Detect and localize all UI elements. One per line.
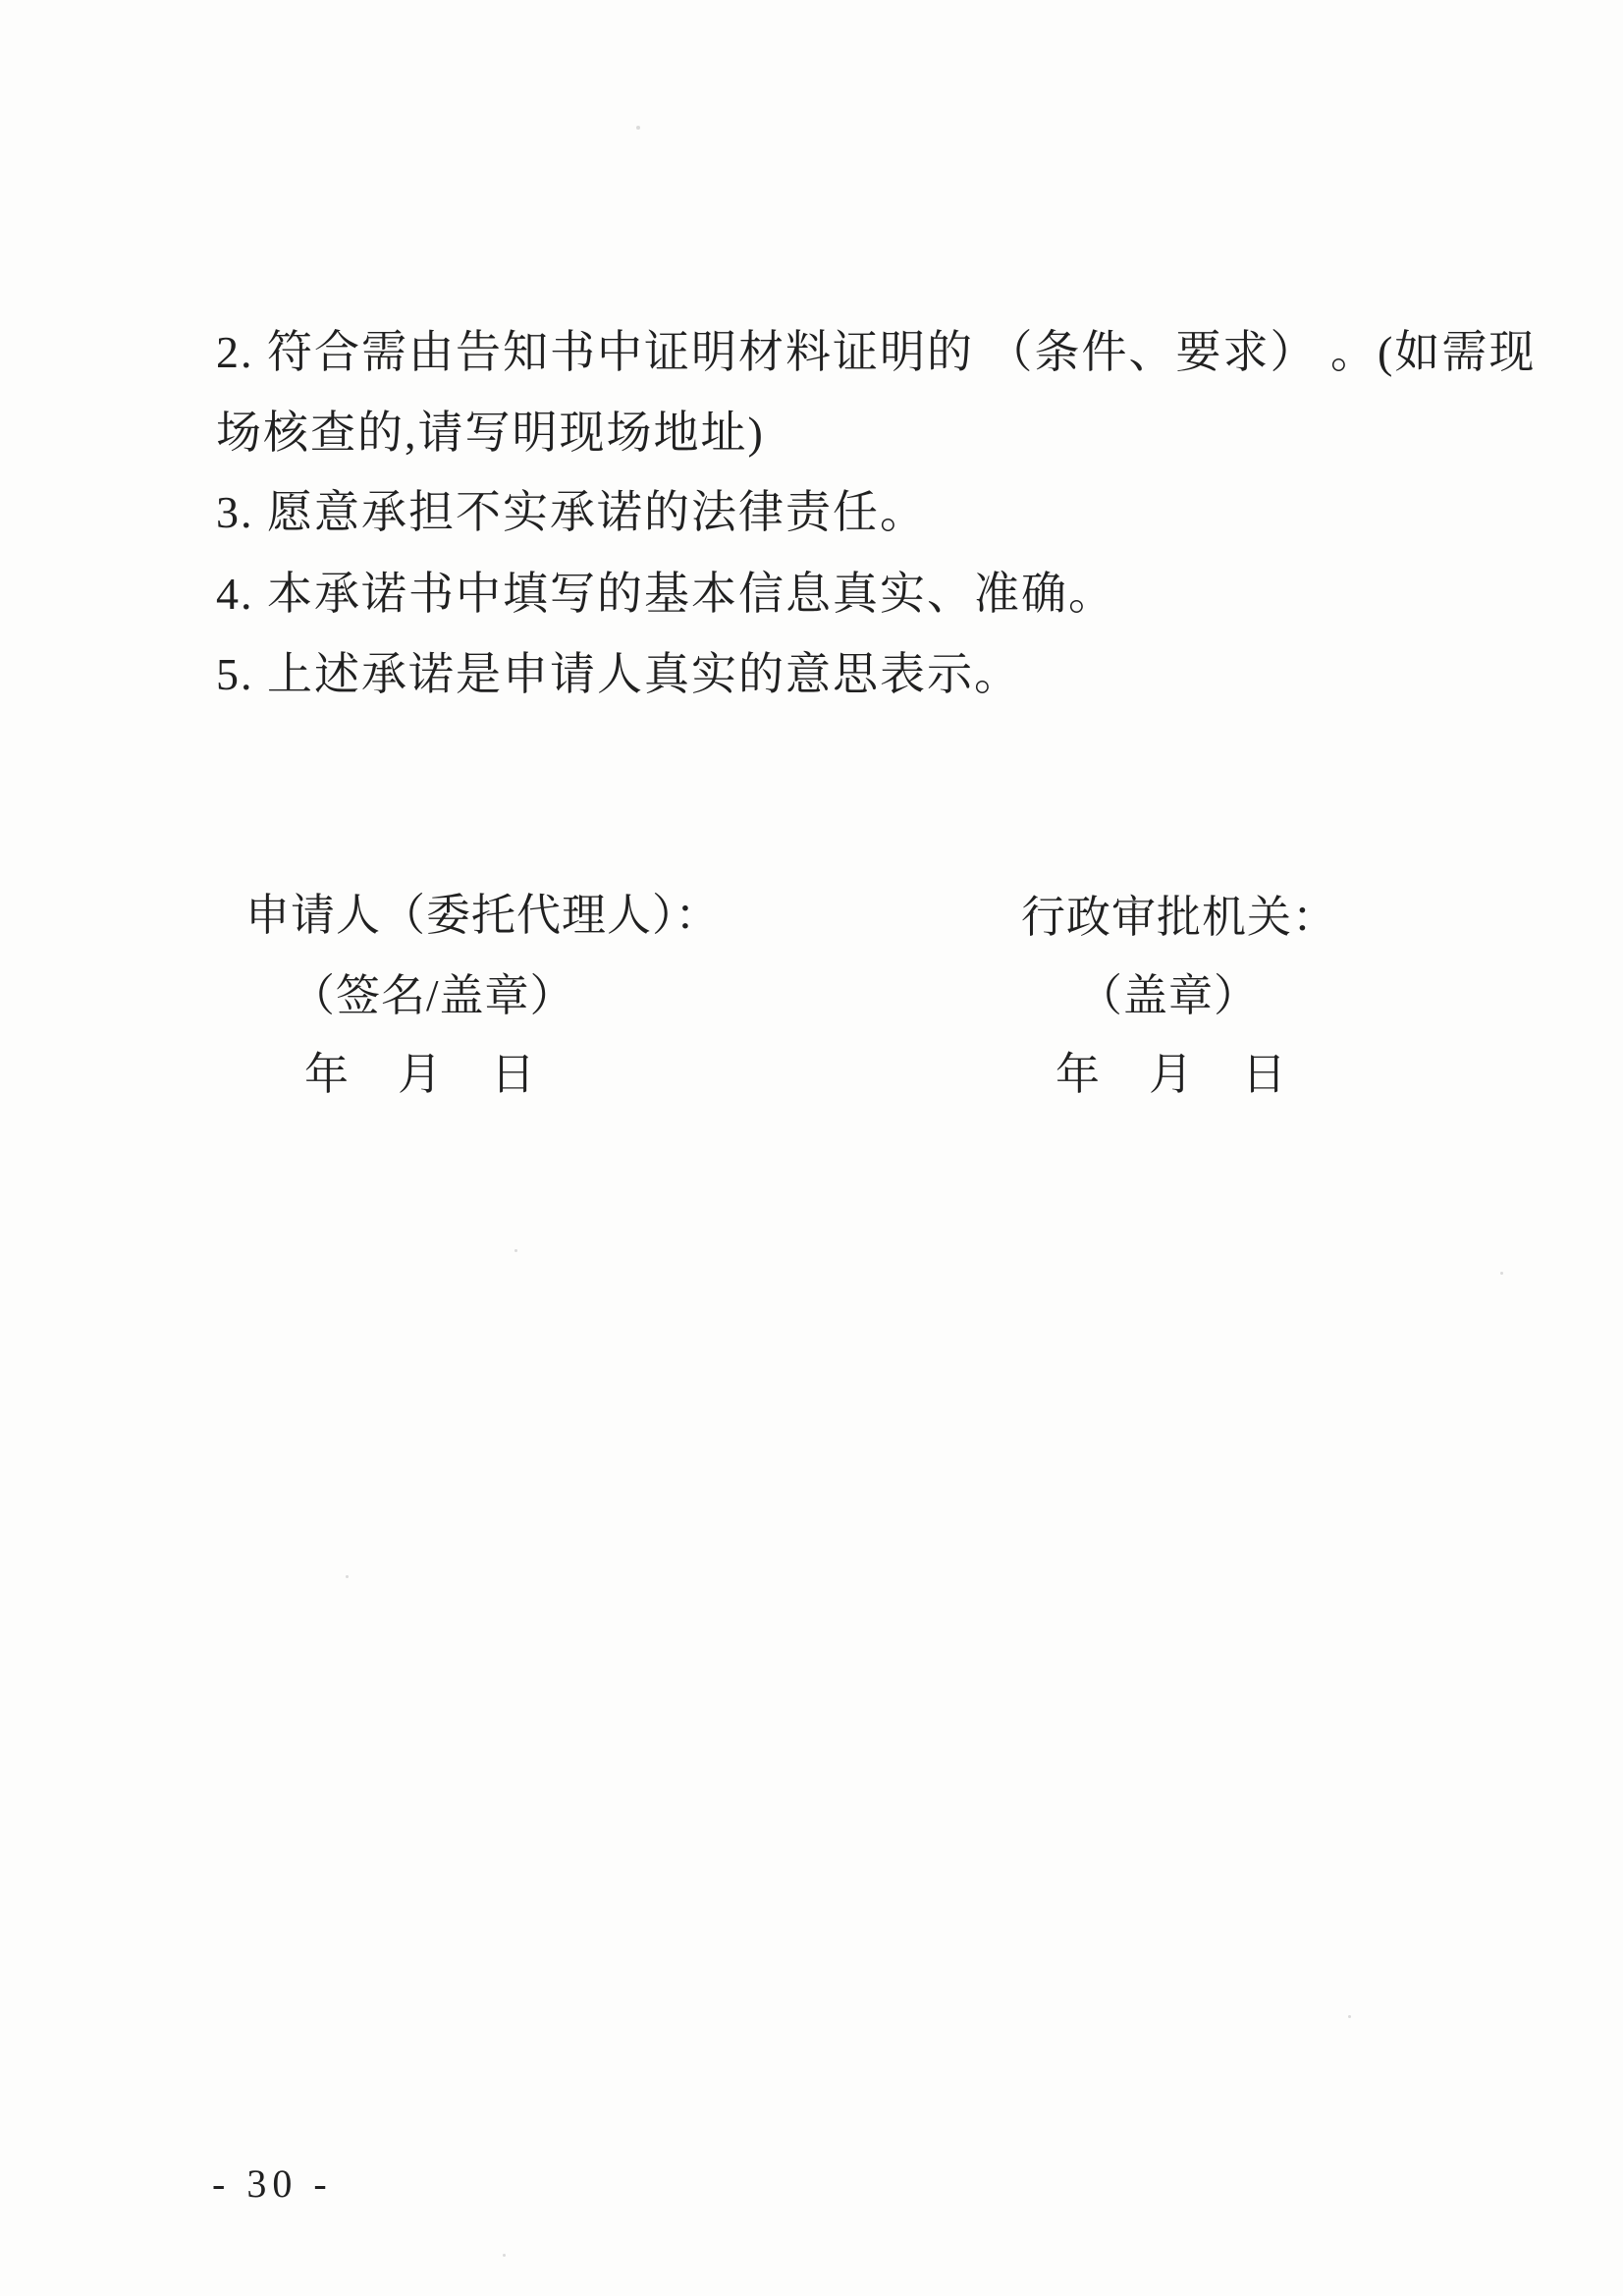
scan-speck xyxy=(346,1575,349,1578)
applicant-date-year: 年 xyxy=(304,1053,349,1097)
applicant-date-month: 月 xyxy=(398,1053,442,1097)
authority-date-line: 年 月 日 xyxy=(1055,1053,1286,1097)
page-number: - 30 - xyxy=(212,2160,333,2207)
authority-signature-label: 行政审批机关： xyxy=(1021,896,1337,940)
scan-speck xyxy=(636,126,640,130)
applicant-signature-label: 申请人（委托代理人）： xyxy=(245,894,721,938)
scan-speck xyxy=(514,1249,517,1252)
applicant-seal-note: （签名/盖章） xyxy=(291,974,575,1018)
clause-3: 3. 愿意承担不实承诺的法律责任。 xyxy=(216,490,927,535)
clause-4: 4. 本承诺书中填写的基本信息真实、准确。 xyxy=(216,572,1115,617)
scan-speck xyxy=(1348,2015,1351,2018)
authority-date-day: 日 xyxy=(1242,1053,1286,1097)
scan-speck xyxy=(1500,1272,1503,1275)
applicant-date-line: 年 月 日 xyxy=(304,1053,535,1097)
clause-2-line-1: 2. 符合需由告知书中证明材料证明的 （条件、要求） 。(如需现 xyxy=(216,330,1536,375)
applicant-date-day: 日 xyxy=(491,1053,535,1097)
authority-date-month: 月 xyxy=(1149,1053,1193,1097)
clause-2-line-2: 场核查的,请写明现场地址) xyxy=(216,410,765,456)
document-page: 2. 符合需由告知书中证明材料证明的 （条件、要求） 。(如需现 场核查的,请写… xyxy=(0,0,1623,2296)
scan-speck xyxy=(503,2254,506,2257)
authority-date-year: 年 xyxy=(1055,1053,1100,1097)
clause-5: 5. 上述承诺是申请人真实的意思表示。 xyxy=(216,652,1021,697)
authority-seal-note: （盖章） xyxy=(1078,974,1259,1018)
